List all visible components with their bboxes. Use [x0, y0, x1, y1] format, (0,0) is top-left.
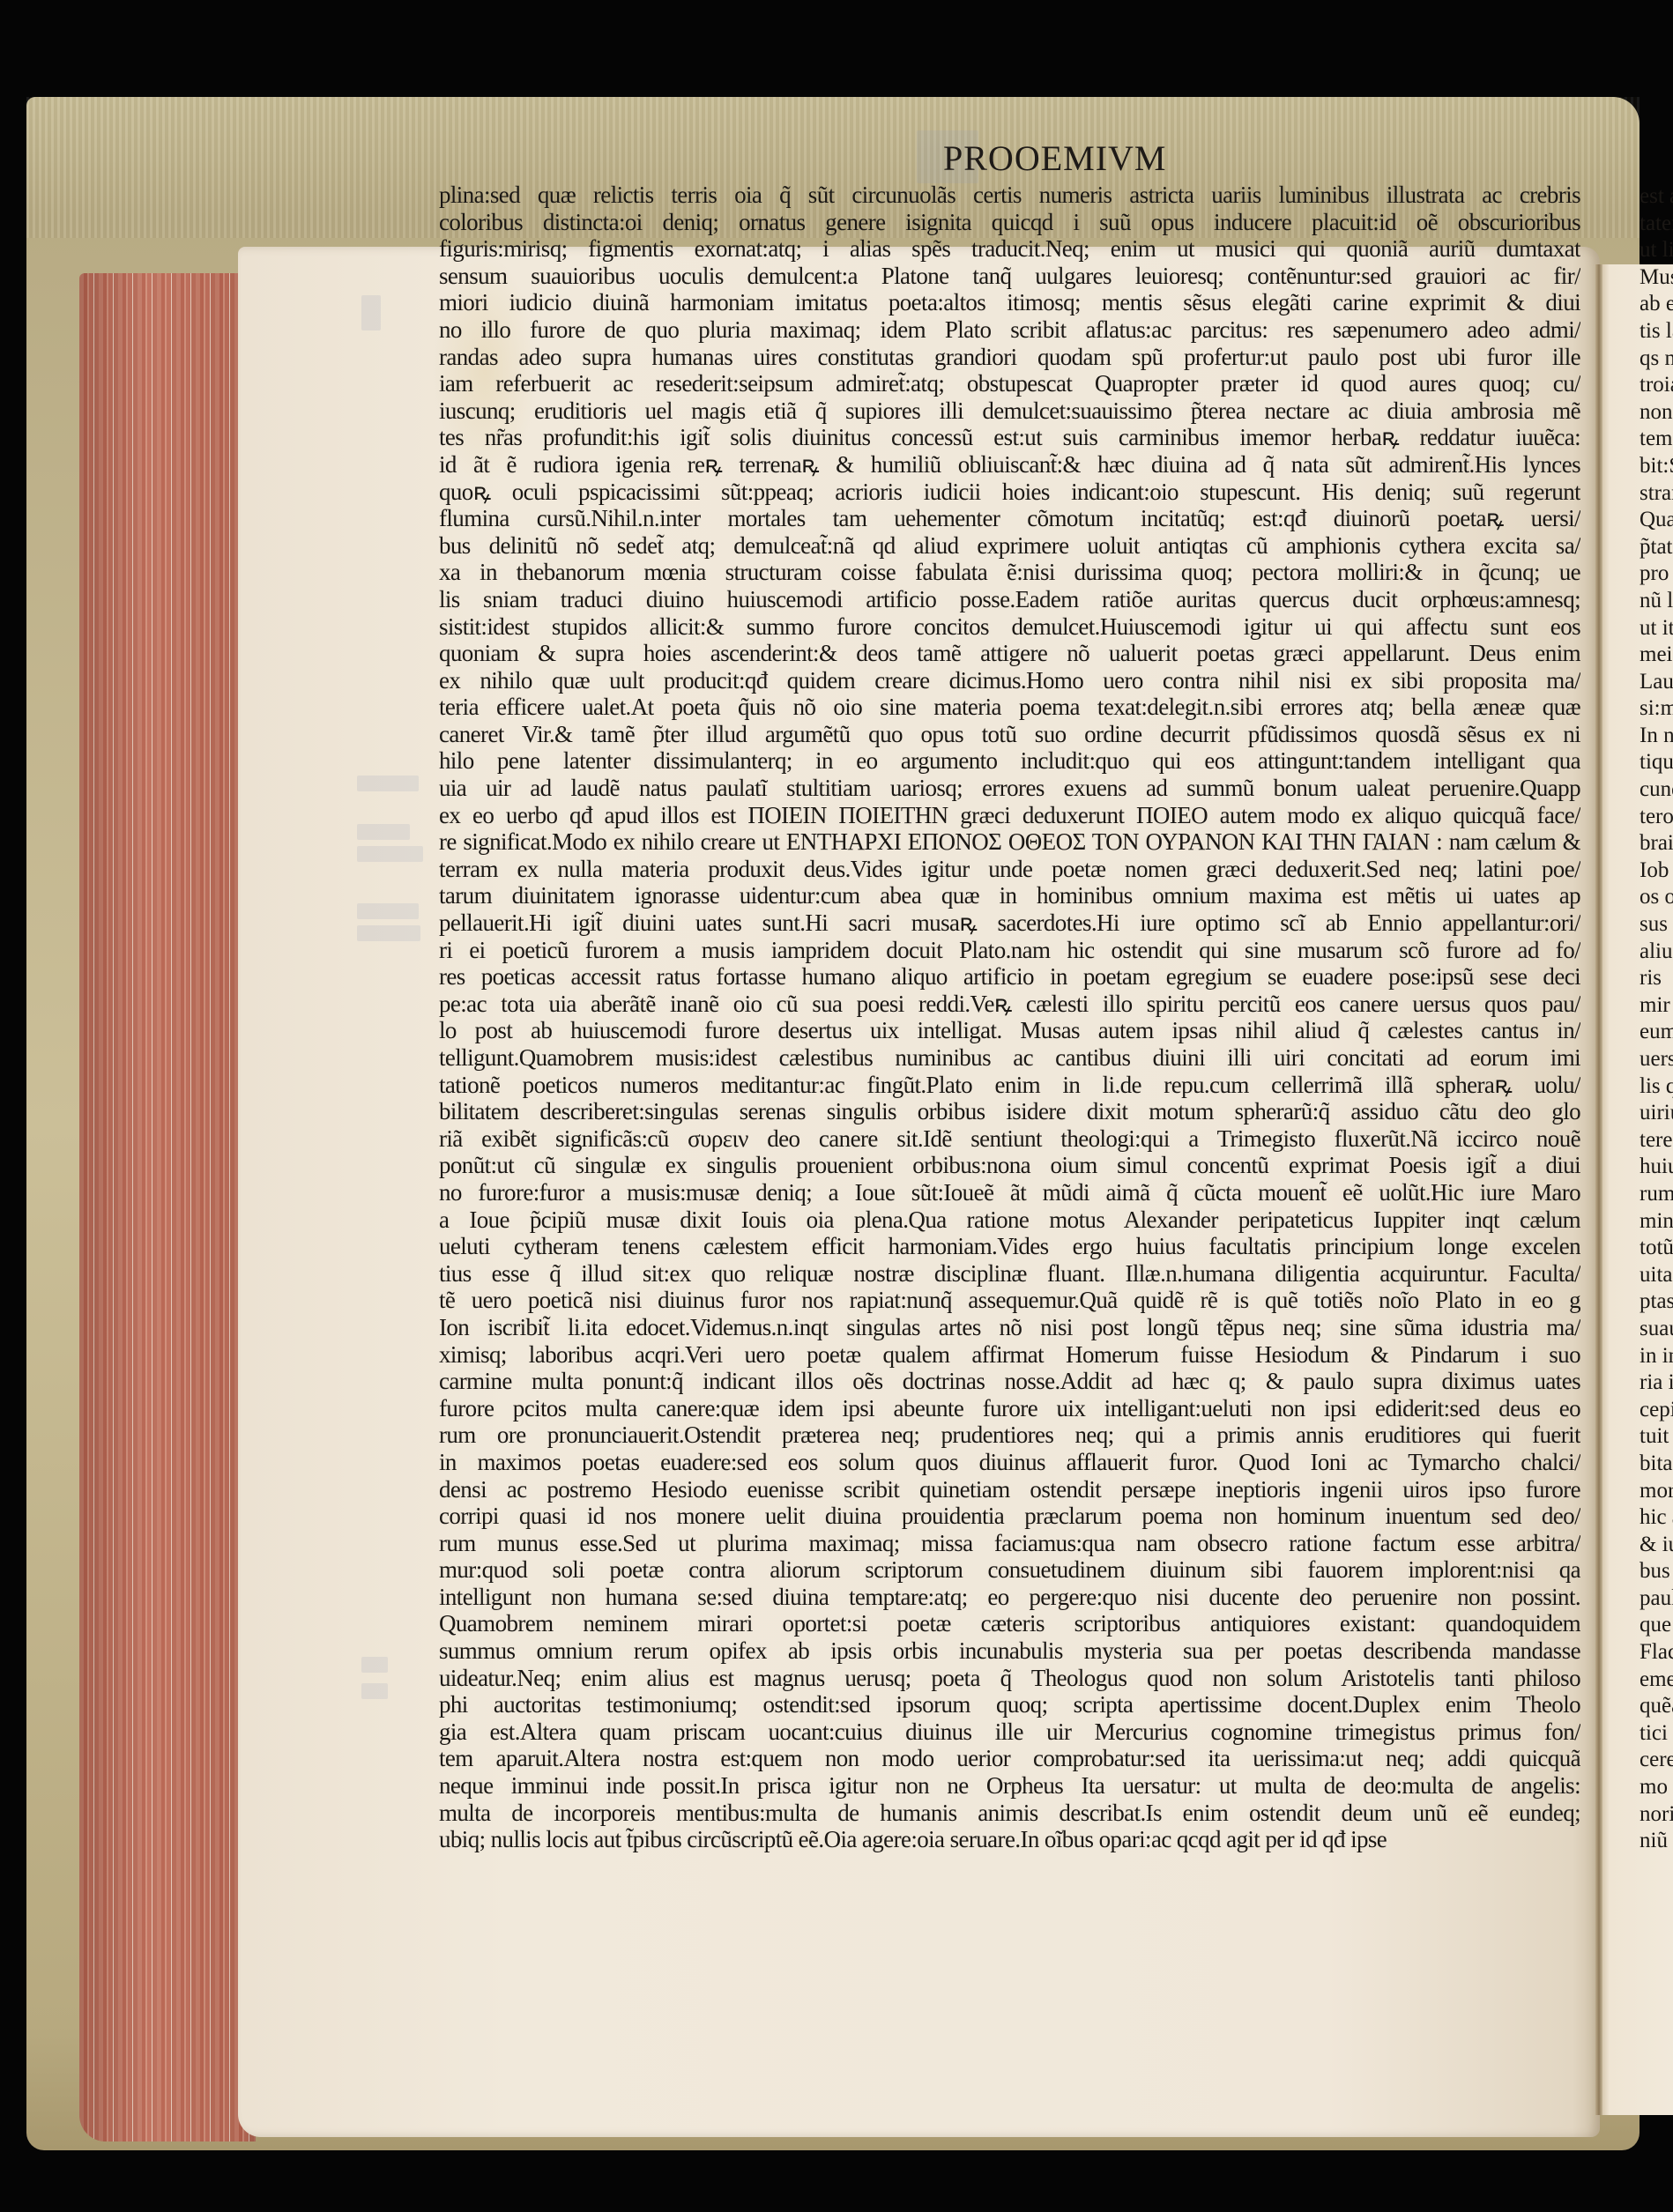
right-page-line-fragment: cunq;	[1640, 776, 1673, 804]
right-page-line-fragment: Iob u	[1640, 857, 1673, 885]
text-line: tius esse q̃ illud sit:ex quo reliquæ no…	[439, 1260, 1580, 1288]
text-line: ubiq; nullis locis aut t̃pibus circũscri…	[439, 1826, 1580, 1853]
text-line: ponũt:ut cũ singulæ ex singulis prouenie…	[439, 1152, 1580, 1179]
right-page-line-fragment: quẽadm	[1640, 1693, 1673, 1720]
text-line: randas adeo supra humanas uires constitu…	[439, 344, 1580, 371]
right-page-line-fragment: emenda	[1640, 1666, 1673, 1694]
right-page-line-fragment: si:me	[1640, 695, 1673, 723]
right-page-line-fragment: tatem	[1640, 211, 1673, 238]
right-page-line-fragment: pro u	[1640, 560, 1673, 588]
text-line: plina:sed quæ relictis terris oia q̃ sũt…	[439, 182, 1580, 209]
text-line: ximisq; laboribus acqri.Veri uero poetæ …	[439, 1341, 1580, 1369]
text-line: multa de incorporeis mentibus:multa de h…	[439, 1800, 1580, 1827]
text-line: densi ac postremo Hesiodo euenisse scrib…	[439, 1476, 1580, 1503]
text-line: quoꝶ oculi pspicacissimi sũt:ppeaq; acri…	[439, 479, 1580, 506]
text-line: miori iudicio diuinã harmoniam imitatus …	[439, 289, 1580, 316]
text-line: uideatur.Neq; enim alius est magnus ueru…	[439, 1665, 1580, 1692]
text-line: ri ei poeticũ furorem a musis iampridem …	[439, 937, 1580, 964]
text-line: id ãt ẽ rudiora igenia reꝶ terrenaꝶ & hu…	[439, 451, 1580, 479]
right-page-line-fragment: Qua	[1640, 507, 1673, 534]
text-line: coloribus distincta:oi deniq; ornatus ge…	[439, 209, 1580, 236]
right-page-line-fragment: nũ lib	[1640, 588, 1673, 615]
right-page-text-fragments: est agtatemut libMusaab eotis laqs mtroi…	[1640, 183, 1673, 1855]
right-page-line-fragment: tici the	[1640, 1720, 1673, 1748]
text-line: iam referbuerit ac resederit:seipsum adm…	[439, 370, 1580, 397]
show-through-mark	[361, 295, 381, 330]
right-page-line-fragment: eum	[1640, 1019, 1673, 1046]
right-page-line-fragment: qs m	[1640, 345, 1673, 373]
right-page-line-fragment: os ob	[1640, 884, 1673, 911]
right-page-line-fragment: ab eo	[1640, 291, 1673, 318]
text-line: figuris:mirisq; figmentis exornat:atq; i…	[439, 235, 1580, 263]
text-line: flumina cursũ.Nihil.n.inter mortales tam…	[439, 505, 1580, 532]
text-line: rum munus esse.Sed ut plurima maximaq; m…	[439, 1530, 1580, 1557]
show-through-mark	[357, 776, 419, 791]
text-line: teria efficere ualet.At poeta q̃uis nõ o…	[439, 694, 1580, 721]
text-line: rum ore pronunciauerit.Ostendit præterea…	[439, 1421, 1580, 1449]
show-through-mark	[361, 1683, 388, 1699]
text-line: res poeticas accessit ratus fortasse hum…	[439, 963, 1580, 991]
text-line: tarum diuinitatem ignorasse uidentur:cum…	[439, 882, 1580, 909]
right-page-line-fragment: ut ita	[1640, 615, 1673, 642]
right-page-line-fragment: bita u	[1640, 1451, 1673, 1478]
right-page-line-fragment: nori elo	[1640, 1801, 1673, 1829]
text-line: bilitatem describeret:singulas serenas s…	[439, 1098, 1580, 1125]
right-page-line-fragment: temq	[1640, 426, 1673, 453]
text-line: gia est.Altera quam priscam uocant:cuius…	[439, 1718, 1580, 1746]
right-page-line-fragment: cepis	[1640, 1397, 1673, 1424]
text-line: no illo furore de quo pluria maximaq; id…	[439, 316, 1580, 344]
text-line: pellauerit.Hi igit̃ diuini uates sunt.Hi…	[439, 909, 1580, 937]
text-line: carmine multa ponunt:q̃ indicant illos o…	[439, 1368, 1580, 1395]
right-page-line-fragment: tere su	[1640, 1127, 1673, 1154]
text-line: no furore:furor a musis:musæ deniq; a Io…	[439, 1179, 1580, 1206]
right-page-line-fragment: & iulic	[1640, 1532, 1673, 1559]
right-page-line-fragment: uiriun	[1640, 1100, 1673, 1127]
right-page-line-fragment: tuit q	[1640, 1423, 1673, 1451]
right-page-line-fragment: meis l	[1640, 642, 1673, 669]
right-page-line-fragment: rum n	[1640, 1181, 1673, 1208]
right-page-line-fragment: suaui	[1640, 1316, 1673, 1343]
right-page-line-fragment: strare	[1640, 480, 1673, 508]
right-page-line-fragment: mir	[1640, 992, 1673, 1020]
text-line: riã exibẽt significãs:cũ συρειν deo cane…	[439, 1125, 1580, 1153]
text-line: terram ex nulla materia produxit deus.Vi…	[439, 856, 1580, 883]
text-line: caneret Vir.& tamẽ p̃ter illud argumẽtũ …	[439, 721, 1580, 748]
text-line: sistit:idest stupidos allicit:& summo fu…	[439, 613, 1580, 641]
right-page-line-fragment: ria in	[1640, 1370, 1673, 1397]
right-page-line-fragment: In nos	[1640, 723, 1673, 750]
text-line: ex nihilo quæ uult producit:qđ quidem cr…	[439, 667, 1580, 694]
text-line: neque imminui inde possit.In prisca igit…	[439, 1772, 1580, 1800]
right-page-line-fragment: bit:S	[1640, 453, 1673, 480]
text-line: tationẽ poeticos numeros meditantur:ac f…	[439, 1072, 1580, 1099]
text-line: phi auctoritas testimoniumq; ostendit:se…	[439, 1691, 1580, 1718]
right-page-line-fragment: hic æ	[1640, 1504, 1673, 1532]
right-page-line-fragment: est ag	[1640, 183, 1673, 211]
text-line: tẽ uero poeticã nisi diuinus furor nos r…	[439, 1287, 1580, 1314]
right-page-line-fragment: paulo s	[1640, 1585, 1673, 1613]
right-page-line-fragment: totũ i	[1640, 1235, 1673, 1262]
text-line: xa in thebanorum mœnia structuram coisse…	[439, 559, 1580, 586]
right-page-line-fragment: terone	[1640, 804, 1673, 831]
right-page-line-fragment: sus e	[1640, 911, 1673, 939]
right-page-line-fragment: Flacci	[1640, 1639, 1673, 1666]
text-line: tem aparuit.Altera nostra est:quem non m…	[439, 1745, 1580, 1772]
text-line: intelligunt non humana se:sed diuina tem…	[439, 1584, 1580, 1611]
page-edge-shading	[79, 273, 256, 2141]
right-page-line-fragment: braice	[1640, 830, 1673, 857]
right-page-line-fragment: huius	[1640, 1154, 1673, 1181]
right-page-line-fragment: mines	[1640, 1208, 1673, 1236]
right-page-line-fragment: aliu	[1640, 939, 1673, 966]
right-page-line-fragment: in int	[1640, 1343, 1673, 1370]
text-line: re significat.Modo ex nihilo creare ut Ε…	[439, 828, 1580, 856]
text-line: a Ioue p̃cipiũ musæ dixit Iouis oia plen…	[439, 1206, 1580, 1234]
text-line: tes nr̃as profundit:his igit̃ solis diui…	[439, 424, 1580, 451]
text-line: hilo pene latenter dissimulanterq; in eo…	[439, 747, 1580, 775]
right-page-line-fragment: Musa	[1640, 264, 1673, 292]
show-through-mark	[357, 846, 423, 862]
show-through-mark	[357, 824, 410, 840]
right-page-line-fragment: p̃tata	[1640, 534, 1673, 561]
text-line: telligunt.Quamobrem musis:idest cælestib…	[439, 1044, 1580, 1072]
right-page-line-fragment: mo ing	[1640, 1774, 1673, 1801]
text-line: sensum suauioribus uoculis demulcent:a P…	[439, 263, 1580, 290]
right-page-line-fragment: ptas s	[1640, 1288, 1673, 1316]
text-line: ueluti cytheram tenens cælestem efficit …	[439, 1233, 1580, 1260]
show-through-mark	[357, 903, 419, 919]
show-through-mark	[361, 1657, 388, 1673]
right-page-line-fragment: uersa	[1640, 1046, 1673, 1073]
right-page-line-fragment: tis la	[1640, 318, 1673, 345]
text-line: summus omnium rerum opifex ab ipsis orbi…	[439, 1637, 1580, 1665]
text-line: lis sniam traduci diuino huiuscemodi art…	[439, 586, 1580, 613]
right-page-line-fragment: troia	[1640, 372, 1673, 399]
right-page-line-fragment: tiquis	[1640, 749, 1673, 776]
right-page-line-fragment: ut lib	[1640, 237, 1673, 264]
text-line: corripi quasi id nos monere uelit diuina…	[439, 1503, 1580, 1530]
book-gutter	[1595, 264, 1602, 2115]
text-line: Quamobrem neminem mirari oportet:si poet…	[439, 1610, 1580, 1637]
text-line: bus delinitũ nõ sedet̃ atq; demulceat̃:n…	[439, 532, 1580, 560]
text-line: lo post ab huiuscemodi furore desertus u…	[439, 1017, 1580, 1044]
right-page-line-fragment: cere,Ha	[1640, 1747, 1673, 1774]
running-head: PROOEMIVM	[943, 139, 1164, 178]
text-line: iuscunq; eruditioris uel magis etiã q̃ s…	[439, 397, 1580, 425]
right-page-line-fragment: niũ sũ	[1640, 1828, 1673, 1855]
show-through-mark	[357, 925, 420, 941]
text-line: Ion iscribit̃ li.ita edocet.Videmus.n.in…	[439, 1314, 1580, 1341]
right-page-line-fragment: more	[1640, 1478, 1673, 1505]
right-page-line-fragment: lis qu	[1640, 1073, 1673, 1101]
right-page-line-fragment: ris	[1640, 965, 1673, 992]
text-line: quoniam & supra hoies ascenderint:& deos…	[439, 640, 1580, 667]
right-page-line-fragment: bus ult	[1640, 1558, 1673, 1585]
text-line: ex eo uerbo qđ apud illos est ΠΟΙΕΙΝ ΠΟΙ…	[439, 802, 1580, 829]
text-line: uia uir ad laudẽ natus paulatĩ stultitia…	[439, 775, 1580, 802]
text-line: in maximos poetas euadere:sed eos solum …	[439, 1449, 1580, 1476]
right-page-line-fragment: none	[1640, 399, 1673, 427]
text-line: furore pcitos multa canere:quæ idem ipsi…	[439, 1395, 1580, 1422]
right-page-line-fragment: uitam	[1640, 1262, 1673, 1289]
text-line: mur:quod soli poetæ contra aliorum scrip…	[439, 1556, 1580, 1584]
right-page-line-fragment: que flo	[1640, 1612, 1673, 1639]
right-page-line-fragment: Laure	[1640, 669, 1673, 696]
text-line: pe:ac tota uia aberãtẽ inanẽ oio cũ sua …	[439, 991, 1580, 1018]
left-page-text: plina:sed quæ relictis terris oia q̃ sũt…	[439, 182, 1580, 1853]
